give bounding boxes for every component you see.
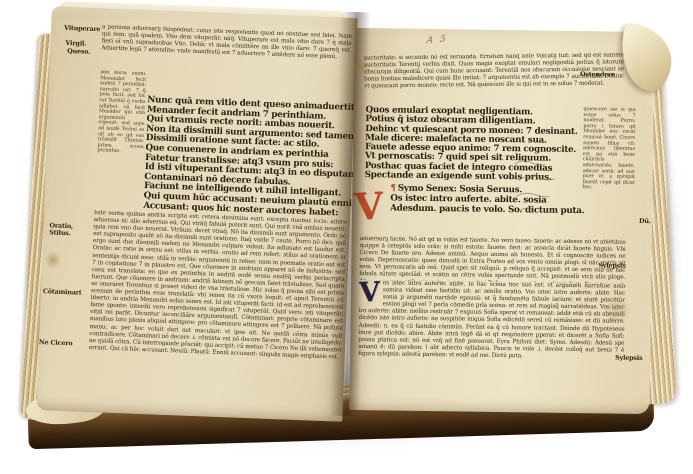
margin-note-du: Dū. (639, 218, 651, 225)
left-top-gloss-block: a persona aduersarij Respōdeat: cuius is… (101, 24, 352, 76)
margin-note-ostendere: Ostendere (580, 71, 615, 78)
left-commentary-block: Isdē verba quibus andria scripta est: ce… (88, 210, 347, 380)
right-commentary-upper: aduersarij facile. Nō ait qd in vobis es… (359, 236, 626, 284)
handwritten-annotation-squiggle (510, 150, 581, 221)
margin-note-oratio-stilus: Oratio, Stilus. (49, 222, 84, 237)
handwritten-signature-mark: A 5 (426, 34, 448, 46)
margin-note-contaminari: Cōtaminari (43, 288, 81, 296)
prologue-verse-block: Nunc quā rem vitio dent queso animaduert… (143, 96, 349, 219)
right-commentary-lower-text: os istec intro auferte: abite. In hac sc… (358, 280, 625, 359)
right-commentary-lower: Vos istec intro auferte: abite. In hac s… (358, 280, 625, 380)
margin-note-ne-cicero: Ne Cicero (39, 339, 73, 347)
book-photograph: Vituperare Virgil. Queso. Oratio, Stilus… (0, 0, 693, 474)
red-paragraph-mark: ¶ (390, 183, 395, 193)
margin-note-vituperare: Vituperare (64, 25, 101, 33)
left-page: Vituperare Virgil. Queso. Oratio, Stilus… (36, 6, 357, 421)
margin-note-queso: Queso. (67, 48, 90, 56)
right-page: A 5 auctoritate: si secundo nō est serua… (349, 28, 654, 414)
